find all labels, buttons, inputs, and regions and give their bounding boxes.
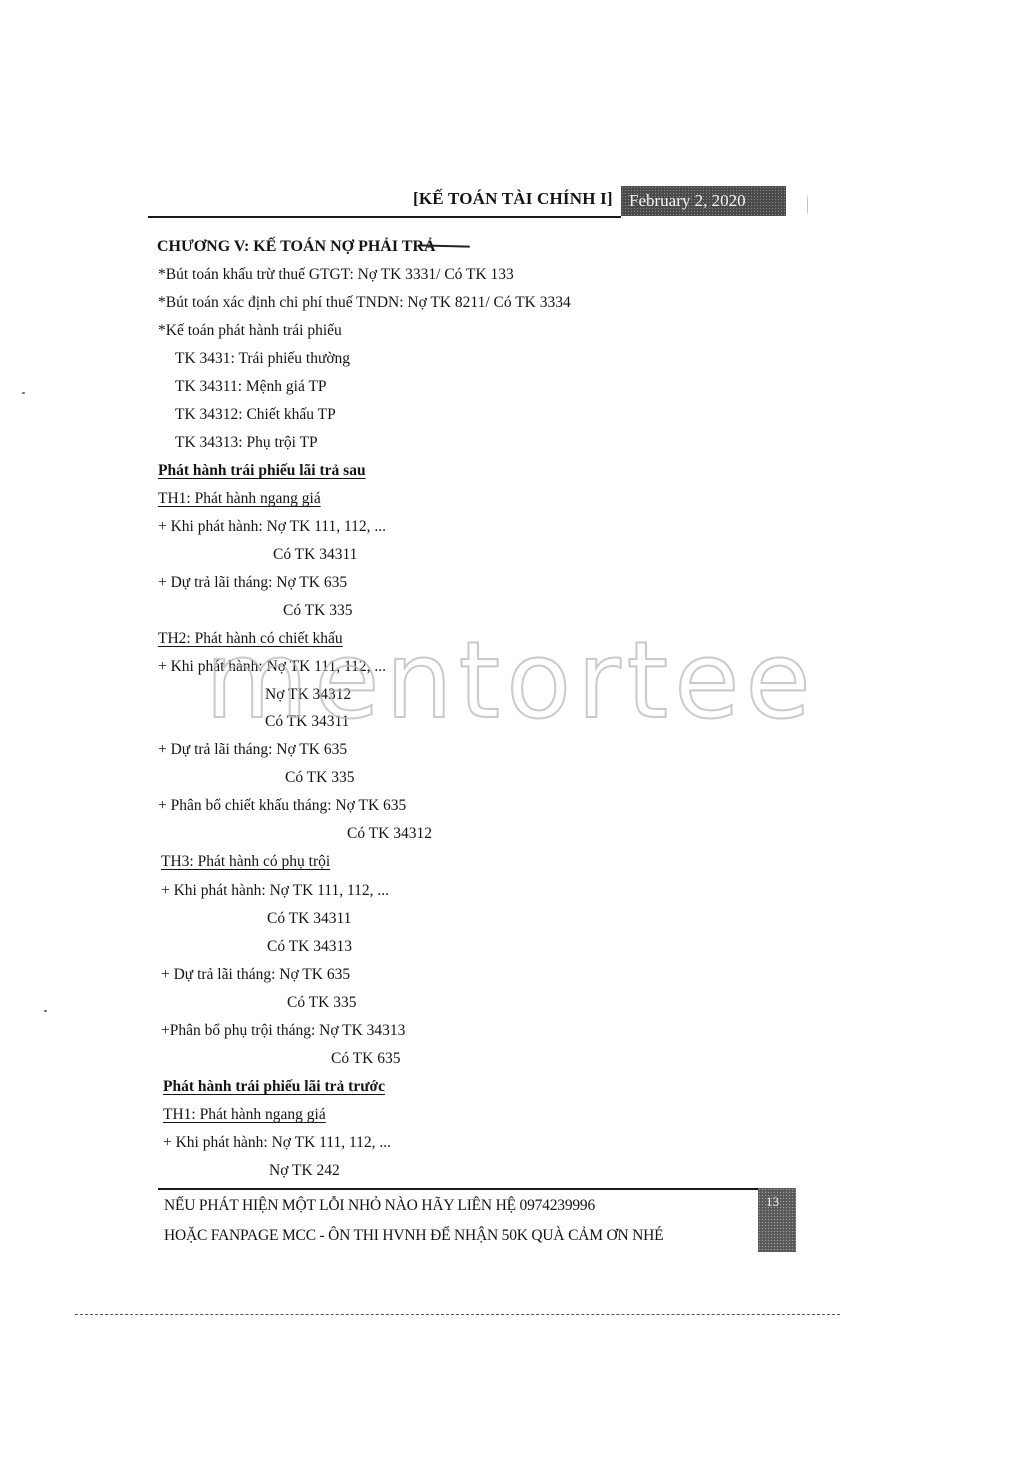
- footer-rule: [158, 1188, 758, 1190]
- intro-line: *Bút toán xác định chi phí thuế TNDN: Nợ…: [158, 293, 571, 313]
- document-page: [KẾ TOÁN TÀI CHÍNH I] February 2, 2020 C…: [0, 0, 1033, 1459]
- entry-line: + Phân bổ chiết khấu tháng: Nợ TK 635: [158, 796, 406, 816]
- account-line: TK 3431: Trái phiếu thường: [175, 349, 350, 369]
- page-number: 13: [758, 1188, 796, 1252]
- entry-line: Có TK 335: [283, 601, 352, 621]
- account-line: TK 34312: Chiết khấu TP: [175, 405, 336, 425]
- header-title: [KẾ TOÁN TÀI CHÍNH I]: [413, 189, 613, 209]
- case-title: TH3: Phát hành có phụ trội: [161, 852, 330, 872]
- chapter-title: CHƯƠNG V: KẾ TOÁN NỢ PHẢI TRẢ: [157, 237, 436, 257]
- scan-speck: [22, 392, 25, 394]
- scan-speck: [807, 195, 808, 215]
- intro-line: *Kế toán phát hành trái phiếu: [158, 321, 342, 341]
- entry-line: + Khi phát hành: Nợ TK 111, 112, ...: [158, 517, 386, 537]
- entry-line: Có TK 635: [331, 1049, 400, 1069]
- account-line: TK 34311: Mệnh giá TP: [175, 377, 327, 397]
- entry-line: + Dự trả lãi tháng: Nợ TK 635: [161, 965, 350, 985]
- entry-line: Có TK 335: [285, 768, 354, 788]
- footer-notice-line-2: HOẶC FANPAGE MCC - ÔN THI HVNH ĐỂ NHẬN 5…: [164, 1227, 663, 1245]
- header-rule: [148, 216, 621, 218]
- entry-line: + Khi phát hành: Nợ TK 111, 112, ...: [163, 1133, 391, 1153]
- entry-line: + Dự trả lãi tháng: Nợ TK 635: [158, 740, 347, 760]
- scan-speck: [44, 1010, 47, 1012]
- entry-line: Có TK 34312: [347, 824, 432, 844]
- case-title: TH1: Phát hành ngang giá: [163, 1105, 326, 1125]
- watermark-logo: mentortee: [205, 628, 817, 734]
- account-line: TK 34313: Phụ trội TP: [175, 433, 318, 453]
- scan-edge-line: [75, 1314, 840, 1315]
- footer-notice-line-1: NẾU PHÁT HIỆN MỘT LỖI NHỎ NÀO HÃY LIÊN H…: [164, 1197, 595, 1215]
- intro-line: *Bút toán khấu trừ thuế GTGT: Nợ TK 3331…: [158, 265, 514, 285]
- entry-line: + Dự trả lãi tháng: Nợ TK 635: [158, 573, 347, 593]
- entry-line: Có TK 34311: [273, 545, 357, 565]
- header-date: February 2, 2020: [621, 186, 786, 216]
- entry-line: + Khi phát hành: Nợ TK 111, 112, ...: [161, 881, 389, 901]
- section-heading-prepaid: Phát hành trái phiếu lãi trả trước: [163, 1077, 385, 1097]
- case-title: TH1: Phát hành ngang giá: [158, 489, 321, 509]
- entry-line: +Phân bổ phụ trội tháng: Nợ TK 34313: [161, 1021, 405, 1041]
- section-heading-deferred: Phát hành trái phiếu lãi trả sau: [158, 461, 366, 481]
- entry-line: Có TK 34313: [267, 937, 352, 957]
- entry-line: Nợ TK 242: [269, 1161, 340, 1181]
- entry-line: Có TK 335: [287, 993, 356, 1013]
- entry-line: Có TK 34311: [267, 909, 351, 929]
